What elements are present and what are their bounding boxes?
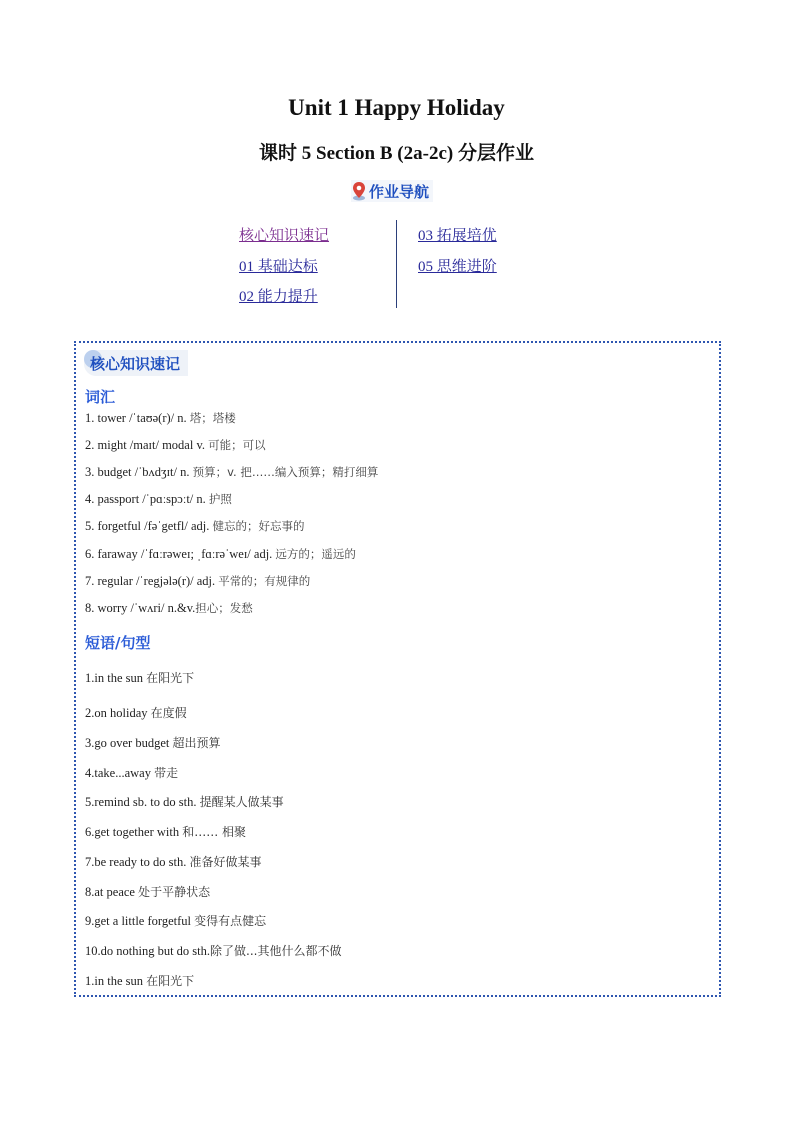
phrase-cn: 变得有点健忘 bbox=[194, 914, 266, 928]
subtitle-section: 5 Section B (2a-2c) bbox=[297, 143, 458, 164]
vocab-en: 4. passport /ˈpɑːspɔːt/ n. bbox=[85, 492, 209, 506]
phrase-en: 1.in the sun bbox=[85, 974, 146, 988]
homework-navigation-heading: 作业导航 bbox=[351, 180, 433, 202]
document-title: Unit 1 Happy Holiday bbox=[0, 95, 793, 121]
nav-link-ability[interactable]: 02 能力提升 bbox=[239, 285, 318, 306]
phrase-cn: 准备好做某事 bbox=[190, 855, 262, 869]
vocab-cn: 担心；发愁 bbox=[195, 601, 253, 615]
phrase-item: 7.be ready to do sth. 准备好做某事 bbox=[85, 853, 262, 870]
phrase-item: 8.at peace 处于平静状态 bbox=[85, 883, 210, 900]
phrase-en: 6.get together with bbox=[85, 825, 182, 839]
vocabulary-heading: 词汇 bbox=[85, 386, 115, 407]
vocab-item: 6. faraway /ˈfɑːrəweɪ; ˌfɑːrəˈweɪ/ adj. … bbox=[85, 546, 356, 562]
nav-link-core-knowledge[interactable]: 核心知识速记 bbox=[239, 224, 329, 245]
vocab-item: 4. passport /ˈpɑːspɔːt/ n. 护照 bbox=[85, 491, 232, 507]
vocab-cn: 预算；v. 把……编入预算；精打细算 bbox=[193, 465, 379, 479]
phrase-item: 1.in the sun 在阳光下 bbox=[85, 669, 194, 686]
phrase-cn: 和…… 相聚 bbox=[182, 825, 246, 839]
phrase-item: 3.go over budget 超出预算 bbox=[85, 734, 221, 751]
vocab-item: 5. forgetful /fəˈgetfl/ adj. 健忘的；好忘事的 bbox=[85, 518, 305, 534]
phrase-cn: 在阳光下 bbox=[146, 671, 194, 685]
subtitle-prefix: 课时 bbox=[259, 142, 297, 164]
phrase-cn: 处于平静状态 bbox=[138, 885, 210, 899]
phrase-item: 10.do nothing but do sth.除了做...其他什么都不做 bbox=[85, 942, 341, 959]
vocab-en: 3. budget /ˈbʌdʒɪt/ n. bbox=[85, 465, 193, 479]
phrase-cn: 提醒某人做某事 bbox=[200, 795, 284, 809]
phrase-en: 7.be ready to do sth. bbox=[85, 855, 190, 869]
navigation-links: 核心知识速记 01 基础达标 02 能力提升 03 拓展培优 05 思维进阶 bbox=[239, 218, 539, 310]
vocab-item: 8. worry /ˈwʌri/ n.&v.担心；发愁 bbox=[85, 600, 253, 616]
phrase-en: 1.in the sun bbox=[85, 671, 146, 685]
vocab-en: 5. forgetful /fəˈgetfl/ adj. bbox=[85, 519, 213, 533]
phrase-en: 9.get a little forgetful bbox=[85, 914, 194, 928]
phrase-item: 4.take...away 带走 bbox=[85, 764, 178, 781]
document-subtitle: 课时 5 Section B (2a-2c) 分层作业 bbox=[0, 138, 793, 165]
vocab-cn: 塔；塔楼 bbox=[190, 411, 236, 425]
vocab-cn: 平常的；有规律的 bbox=[218, 574, 310, 588]
vocab-cn: 远方的；遥远的 bbox=[275, 547, 356, 561]
section-title-core-knowledge: 核心知识速记 bbox=[84, 350, 188, 376]
phrase-en: 5.remind sb. to do sth. bbox=[85, 795, 200, 809]
phrase-cn: 超出预算 bbox=[172, 736, 220, 750]
phrase-cn: 在度假 bbox=[151, 706, 187, 720]
phrase-item: 1.in the sun 在阳光下 bbox=[85, 972, 194, 989]
nav-divider bbox=[396, 220, 397, 308]
phrases-heading: 短语/句型 bbox=[85, 632, 150, 653]
vocab-en: 1. tower /ˈtaʊə(r)/ n. bbox=[85, 411, 190, 425]
phrase-item: 6.get together with 和…… 相聚 bbox=[85, 823, 246, 840]
nav-link-thinking[interactable]: 05 思维进阶 bbox=[418, 255, 497, 276]
subtitle-suffix: 分层作业 bbox=[458, 142, 534, 164]
phrase-cn: 带走 bbox=[154, 766, 178, 780]
vocab-en: 7. regular /ˈregjələ(r)/ adj. bbox=[85, 574, 218, 588]
vocab-en: 2. might /maɪt/ modal v. bbox=[85, 438, 208, 452]
nav-link-basic[interactable]: 01 基础达标 bbox=[239, 255, 318, 276]
vocab-cn: 可能；可以 bbox=[208, 438, 266, 452]
vocab-en: 8. worry /ˈwʌri/ n.&v. bbox=[85, 601, 195, 615]
phrase-item: 5.remind sb. to do sth. 提醒某人做某事 bbox=[85, 793, 284, 810]
phrase-item: 9.get a little forgetful 变得有点健忘 bbox=[85, 912, 266, 929]
vocab-item: 1. tower /ˈtaʊə(r)/ n. 塔；塔楼 bbox=[85, 410, 236, 426]
vocab-item: 2. might /maɪt/ modal v. 可能；可以 bbox=[85, 437, 266, 453]
phrase-en: 2.on holiday bbox=[85, 706, 151, 720]
vocab-item: 7. regular /ˈregjələ(r)/ adj. 平常的；有规律的 bbox=[85, 573, 310, 589]
navigation-heading-label: 作业导航 bbox=[369, 181, 429, 202]
phrase-cn: 除了做...其他什么都不做 bbox=[210, 944, 341, 958]
phrase-en: 8.at peace bbox=[85, 885, 138, 899]
vocab-cn: 护照 bbox=[209, 492, 232, 506]
phrase-en: 10.do nothing but do sth. bbox=[85, 944, 210, 958]
nav-link-extension[interactable]: 03 拓展培优 bbox=[418, 224, 497, 245]
vocab-item: 3. budget /ˈbʌdʒɪt/ n. 预算；v. 把……编入预算；精打细… bbox=[85, 464, 378, 480]
phrase-en: 4.take...away bbox=[85, 766, 154, 780]
phrase-en: 3.go over budget bbox=[85, 736, 172, 750]
phrase-item: 2.on holiday 在度假 bbox=[85, 704, 187, 721]
vocab-en: 6. faraway /ˈfɑːrəweɪ; ˌfɑːrəˈweɪ/ adj. bbox=[85, 547, 275, 561]
phrase-cn: 在阳光下 bbox=[146, 974, 194, 988]
section-title-label: 核心知识速记 bbox=[90, 353, 180, 374]
location-pin-icon bbox=[351, 181, 367, 201]
vocab-cn: 健忘的；好忘事的 bbox=[213, 519, 305, 533]
